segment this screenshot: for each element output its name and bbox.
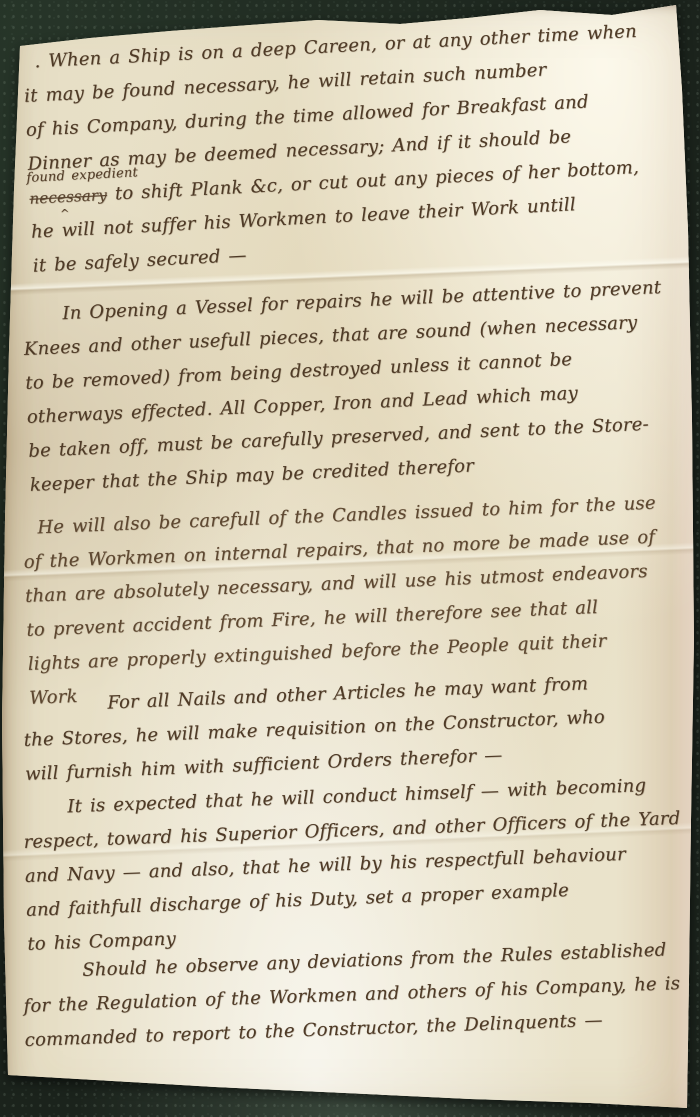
paragraph-opening-vessel: In Opening a Vessel for repairs he will …	[22, 276, 686, 508]
struck-through-word: necessary	[29, 186, 107, 208]
photo-of-manuscript: . When a Ship is on a deep Careen, or at…	[0, 0, 700, 1117]
paper-shadow-wrapper: . When a Ship is on a deep Careen, or at…	[0, 0, 700, 1117]
paragraph-report-delinquents: Should he observe any deviations from th…	[22, 939, 681, 1064]
paragraph-conduct: It is expected that he will conduct hims…	[22, 774, 684, 968]
interlinear-insertion: found expedient necessary ^	[29, 184, 108, 209]
manuscript-page: . When a Ship is on a deep Careen, or at…	[0, 0, 700, 1117]
insertion-caret: ^	[60, 207, 70, 220]
paragraph-careening: . When a Ship is on a deep Careen, or at…	[22, 19, 689, 290]
